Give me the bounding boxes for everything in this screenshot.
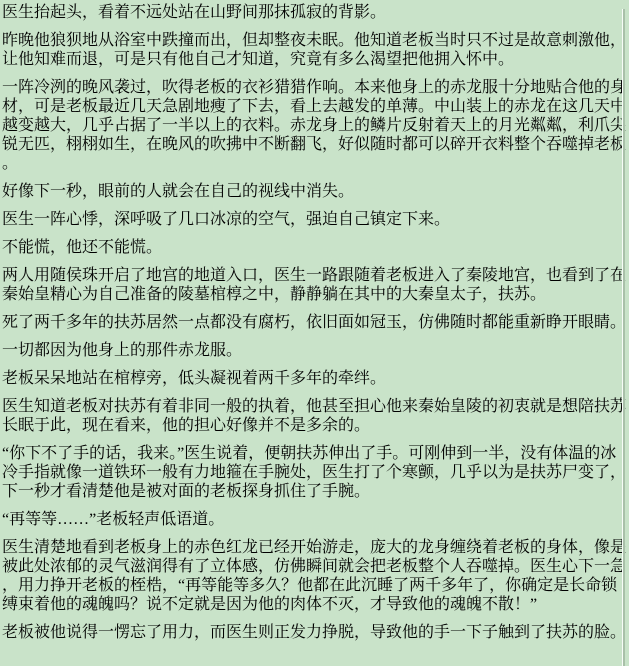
paragraph: “你下不了手的话，我来。”医生说着，便朝扶苏伸出了手。可刚伸到一半，没有体温的冰… [2,444,627,501]
paragraph: 医生抬起头，看着不远处站在山野间那抹孤寂的背影。 [2,3,627,22]
paragraph: 医生知道老板对扶苏有着非同一般的执着，他甚至担心他来秦始皇陵的初衷就是想陪扶苏长… [2,397,627,435]
paragraph: 死了两千多年的扶苏居然一点都没有腐朽，依旧面如冠玉，仿佛随时都能重新睁开眼睛。 [2,313,627,332]
paragraph: 不能慌，他还不能慌。 [2,238,627,257]
paragraph: 一切都因为他身上的那件赤龙服。 [2,341,627,360]
right-edge-line [622,9,625,666]
novel-text-page: 医生抬起头，看着不远处站在山野间那抹孤寂的背影。 昨晚他狼狈地从浴室中跌撞而出，… [0,0,629,666]
paragraph: 好像下一秒，眼前的人就会在自己的视线中消失。 [2,182,627,201]
paragraph: 医生清楚地看到老板身上的赤色红龙已经开始游走，庞大的龙身缠绕着老板的身体，像是被… [2,538,627,614]
paragraph: 两人用随侯珠开启了地宫的地道入口，医生一路跟随着老板进入了秦陵地宫，也看到了在秦… [2,266,627,304]
paragraph: 昨晚他狼狈地从浴室中跌撞而出，但却整夜未眠。他知道老板当时只不过是故意刺激他，让… [2,31,627,69]
paragraph: 医生一阵心悸，深呼吸了几口冰凉的空气，强迫自己镇定下来。 [2,210,627,229]
paragraph: 一阵冷洌的晚风袭过，吹得老板的衣衫猎猎作响。本来他身上的赤龙服十分地贴合他的身材… [2,78,627,173]
paragraph: “再等等……”老板轻声低语道。 [2,510,627,529]
paragraph: 老板被他说得一愣忘了用力，而医生则正发力挣脱，导致他的手一下子触到了扶苏的脸。 [2,623,627,642]
paragraph: 老板呆呆地站在棺椁旁，低头凝视着两千多年的牵绊。 [2,369,627,388]
